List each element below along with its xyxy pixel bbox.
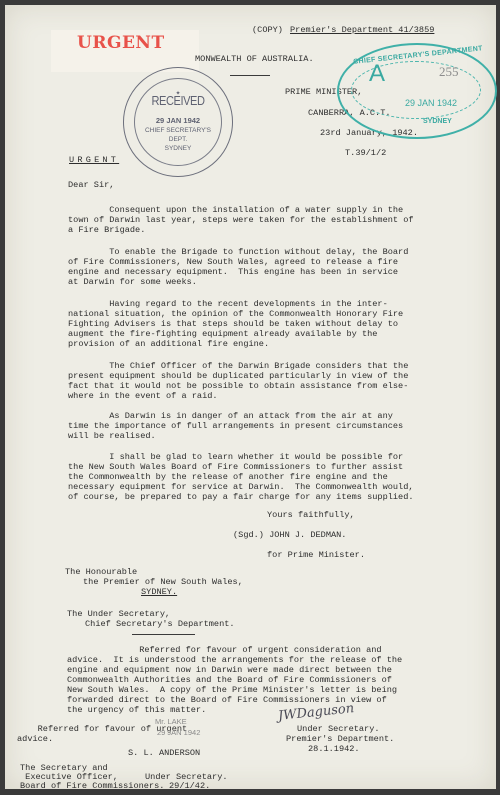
body-line: Having regard to the recent developments… [68,299,388,309]
urgent-heading: URGENT [69,155,119,165]
body-line: provision of an additional fire engine. [68,339,269,349]
minute-signoff-date: 28.1.1942. [308,744,360,754]
body-line: the Commonwealth by the release of anoth… [68,472,388,482]
body-line: As Darwin is in danger of an attack from… [68,411,393,421]
minute-to-line: The Under Secretary, [67,609,170,619]
minute-line: Commonwealth Authorities and the Board o… [67,675,392,685]
urgent-label-text: URGENT [77,38,165,48]
addressee-city: SYDNEY. [141,587,177,597]
body-line: time the importance of full arrangements… [68,421,403,431]
addressee-line: The Honourable [65,567,137,577]
referral-signed: S. L. ANDERSON [128,748,200,758]
body-line: where in the event of a raid. [68,391,218,401]
lake-stamp-date: 29 JAN 1942 [157,728,200,738]
csd-stamp-letter: A [369,69,385,79]
signed-for: for Prime Minister. [267,550,365,560]
minute-to-line: Chief Secretary's Department. [85,619,235,629]
body-line: a Fire Brigade. [68,225,145,235]
minute-line: advice. It is understood the arrangement… [67,655,402,665]
minute-signoff-line: Premier's Department. [286,734,394,744]
body-line: To enable the Brigade to function withou… [68,247,408,257]
body-line: at Darwin for some weeks. [68,277,197,287]
received-date: 29 JAN 1942 [124,116,232,126]
csd-stamp-number: 255 [439,67,459,77]
minute-rule [132,634,195,635]
body-line: the New South Wales Board of Fire Commis… [68,462,403,472]
csd-stamp-city: SYDNEY [423,117,452,127]
body-line: augment the fire-fighting equipment alre… [68,329,377,339]
body-line: town of Darwin last year, steps were tak… [68,215,414,225]
letterhead-rule [230,75,270,76]
closing: Yours faithfully, [267,510,355,520]
body-line: will be realised. [68,431,156,441]
received-stamp: ✦ RECEIVED 29 JAN 1942 CHIEF SECRETARY'S… [123,67,233,177]
urgent-label: URGENT [51,30,199,72]
csd-stamp-date: 29 JAN 1942 [405,98,457,108]
received-city: SYDNEY [124,144,232,154]
body-line: I shall be glad to learn whether it woul… [68,452,403,462]
body-line: of Fire Commissioners, New South Wales, … [68,257,398,267]
body-line: of course, be prepared to pay a fair cha… [68,492,414,502]
received-label: RECEIVED [132,96,224,106]
body-line: Consequent upon the installation of a wa… [68,205,403,215]
copy-marker: (COPY) [252,25,283,35]
handwritten-signature: JWDaguson [278,704,355,722]
chief-secretary-stamp: CHIEF SECRETARY'S DEPARTMENT A 255 29 JA… [337,43,497,139]
minute-line: engine and equipment now in Darwin were … [67,665,392,675]
body-line: Fighting Advisers is that steps should b… [68,319,398,329]
referral-signoff-date: 29/1/42. [169,781,210,791]
lake-stamp-name: Mr. LAKE [155,717,187,727]
referral-line: advice. [17,734,53,744]
addressee-line: the Premier of New South Wales, [83,577,243,587]
referral-to-line: Board of Fire Commissioners. [20,781,164,791]
minute-signoff-line: Under Secretary. [297,724,380,734]
body-line: necessary equipment for service at Darwi… [68,482,414,492]
body-line: national situation, the opinion of the C… [68,309,403,319]
document-page: URGENT (COPY) Premier's Department 41/38… [5,5,496,789]
letterhead: MONWEALTH OF AUSTRALIA. [195,54,314,64]
minute-line: the urgency of this matter. [67,705,206,715]
body-line: present equipment should be duplicated p… [68,371,408,381]
body-line: fact that it would not be possible to ob… [68,381,408,391]
body-line: The Chief Officer of the Darwin Brigade … [68,361,408,371]
minute-line: New South Wales. A copy of the Prime Min… [67,685,397,695]
salutation: Dear Sir, [68,180,114,190]
body-line: engine and necessary equipment. This eng… [68,267,398,277]
signed-name: (Sgd.) JOHN J. DEDMAN. [233,530,346,540]
file-reference: T.39/1/2 [345,148,386,158]
minute-line: Referred for favour of urgent considerat… [67,645,382,655]
reference-number: Premier's Department 41/3859 [290,25,434,35]
